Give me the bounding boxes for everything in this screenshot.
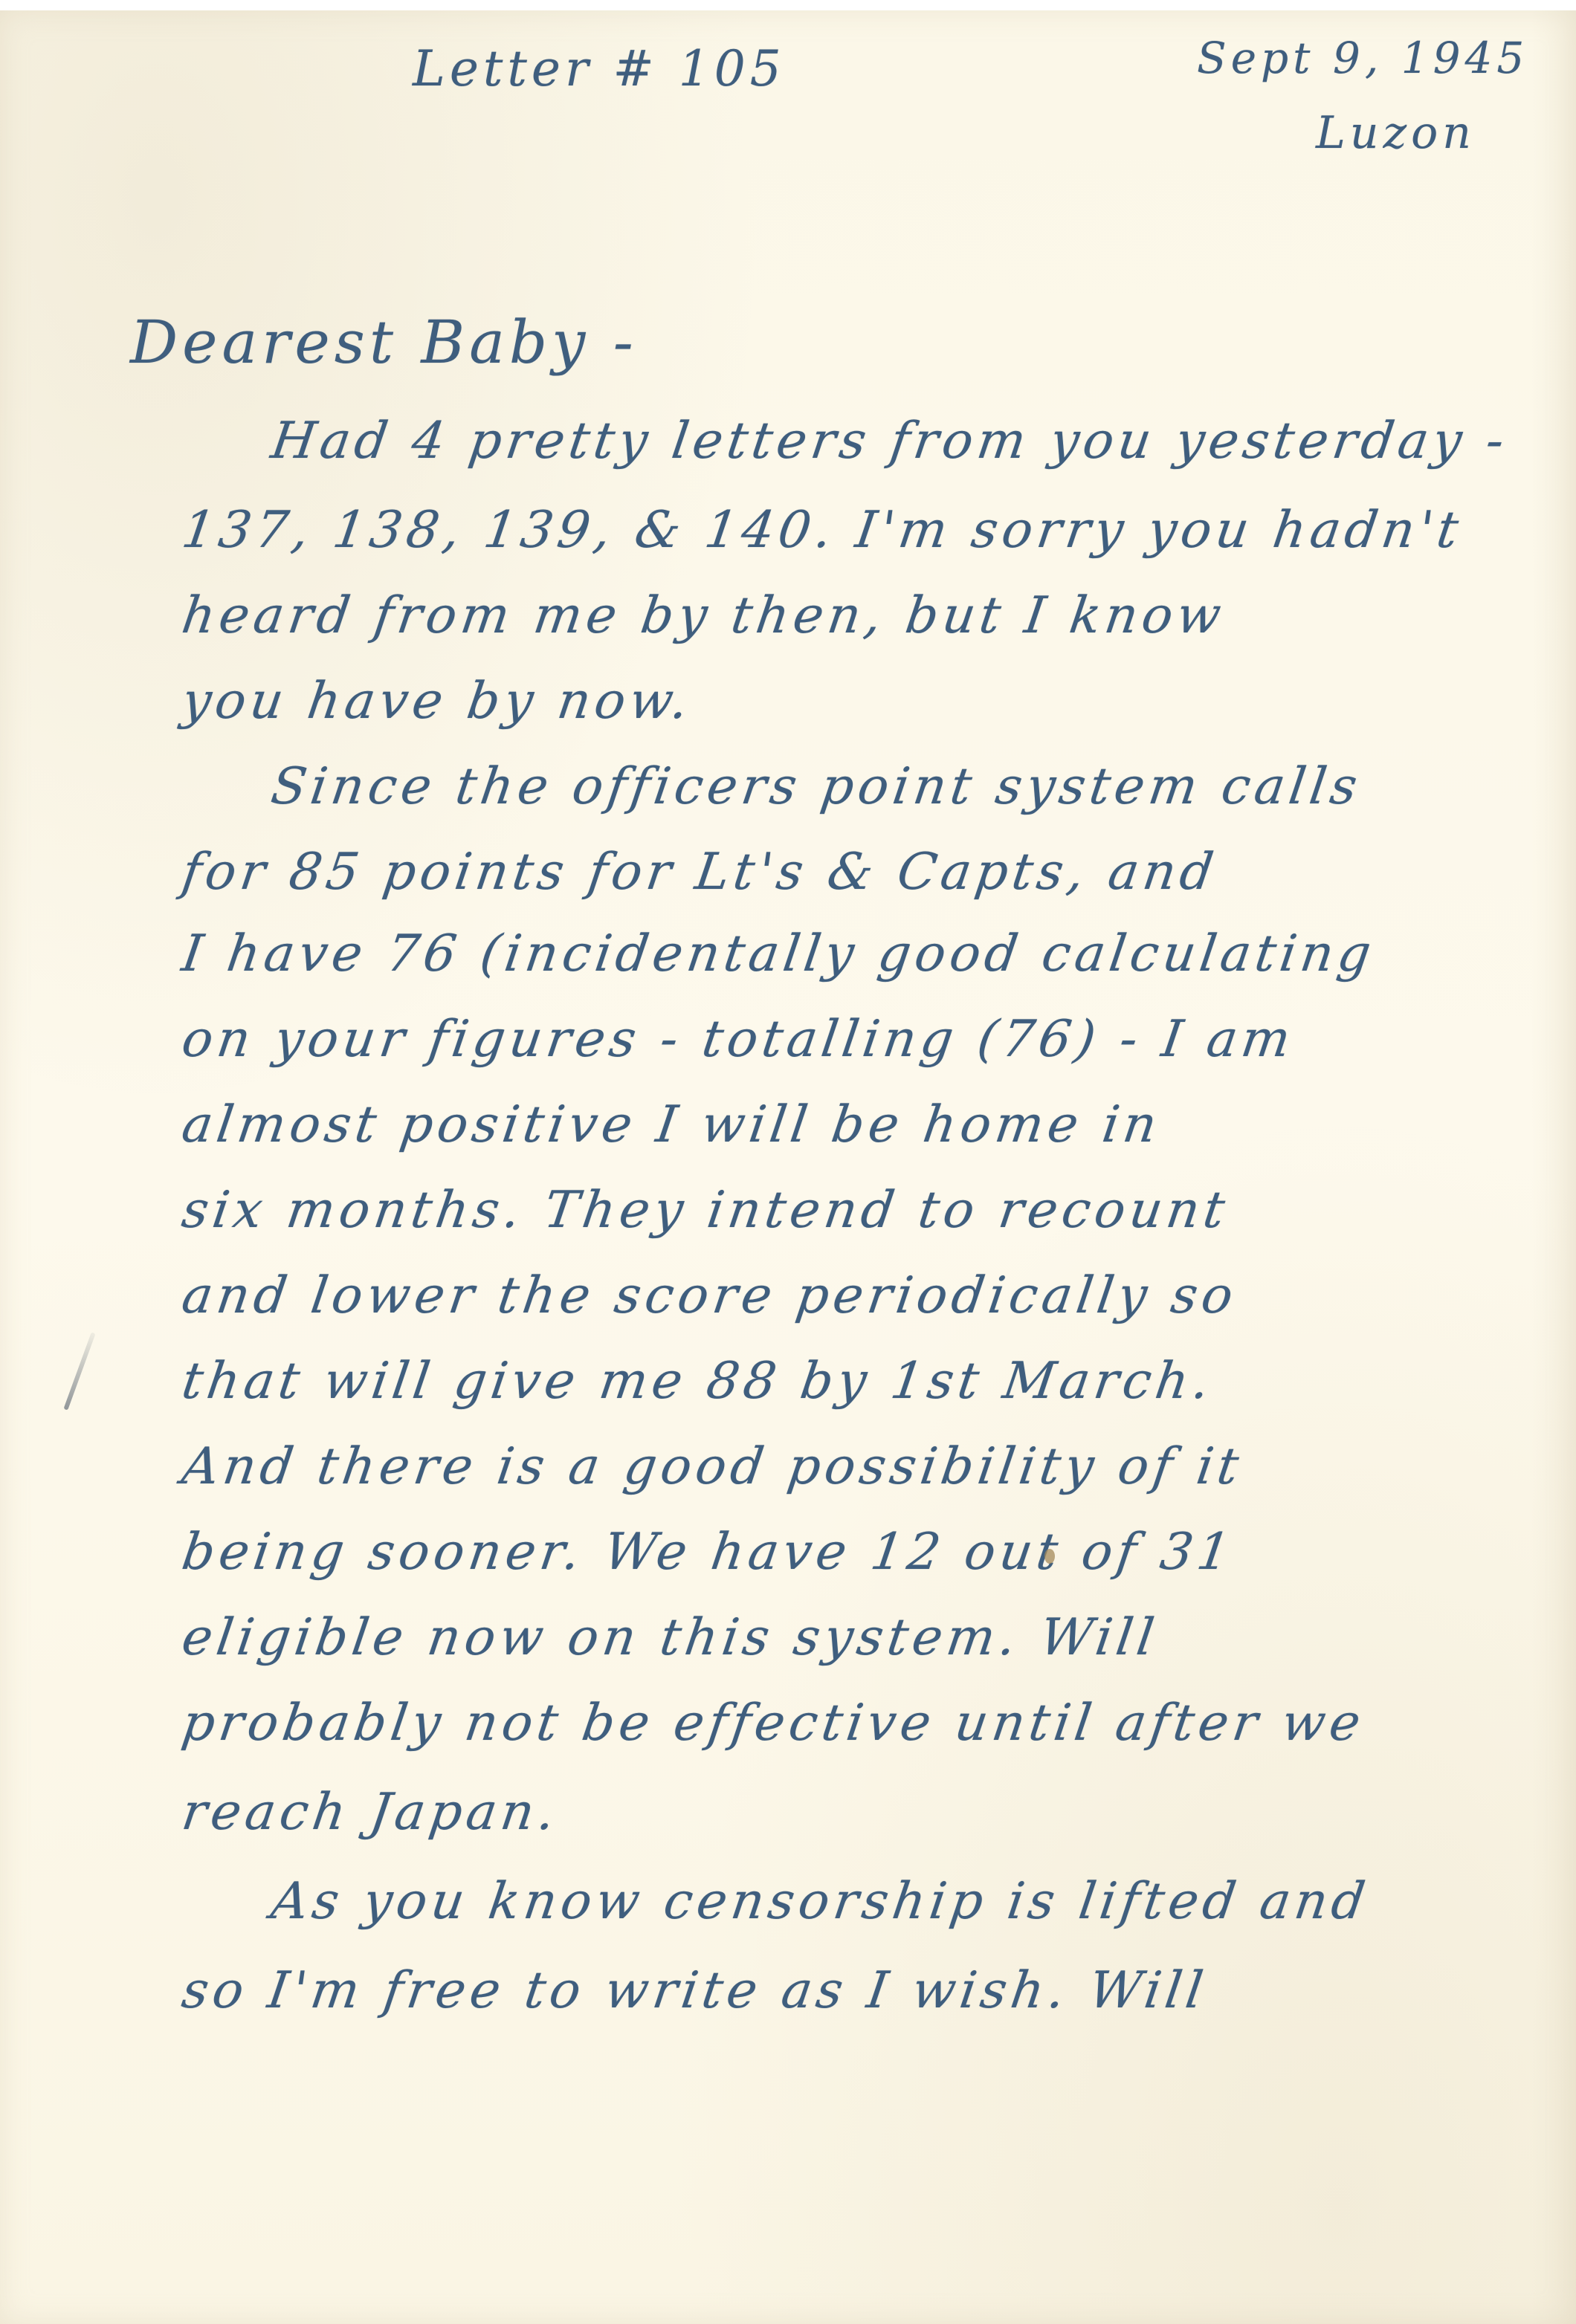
letter-line: being sooner. We have 12 out of 31	[178, 1523, 1238, 1582]
letter-line: that will give me 88 by 1st March.	[178, 1352, 1218, 1411]
letter-line: and lower the score periodically so	[178, 1266, 1241, 1325]
letter-line: I have 76 (incidentally good calculating	[178, 925, 1379, 983]
letter-line: on your figures - totalling (76) - I am	[178, 1010, 1298, 1069]
letter-line: for 85 points for Lt's & Capts, and	[178, 843, 1221, 902]
letter-number: Letter # 105	[413, 40, 786, 97]
letter-line: Had 4 pretty letters from you yesterday …	[268, 412, 1512, 470]
letter-date: Sept 9, 1945	[1197, 33, 1528, 83]
paper-stain	[1044, 1549, 1055, 1564]
letter-line: probably not be effective until after we	[178, 1694, 1369, 1752]
letter-line: 137, 138, 139, & 140. I'm sorry you hadn…	[178, 501, 1466, 560]
letter-line: Since the officers point system calls	[268, 757, 1365, 816]
letter-line: And there is a good possibility of it	[178, 1437, 1247, 1496]
paper-edge-shading	[1531, 10, 1576, 2324]
letter-line: almost positive I will be home in	[178, 1095, 1165, 1154]
letter-line: you have by now.	[178, 672, 697, 731]
ink-mark	[63, 1332, 95, 1410]
salutation: Dearest Baby -	[130, 308, 638, 377]
letter-line: reach Japan.	[178, 1783, 563, 1842]
letter-line: so I'm free to write as I wish. Will	[178, 1961, 1211, 2020]
letter-line: heard from me by then, but I know	[178, 586, 1229, 645]
letter-line: As you know censorship is lifted and	[268, 1872, 1373, 1931]
letter-place: Luzon	[1316, 107, 1476, 159]
letter-page: Letter # 105 Sept 9, 1945 Luzon Dearest …	[0, 10, 1576, 2324]
letter-line: six months. They intend to recount	[178, 1181, 1233, 1240]
letter-line: eligible now on this system. Will	[178, 1608, 1162, 1667]
